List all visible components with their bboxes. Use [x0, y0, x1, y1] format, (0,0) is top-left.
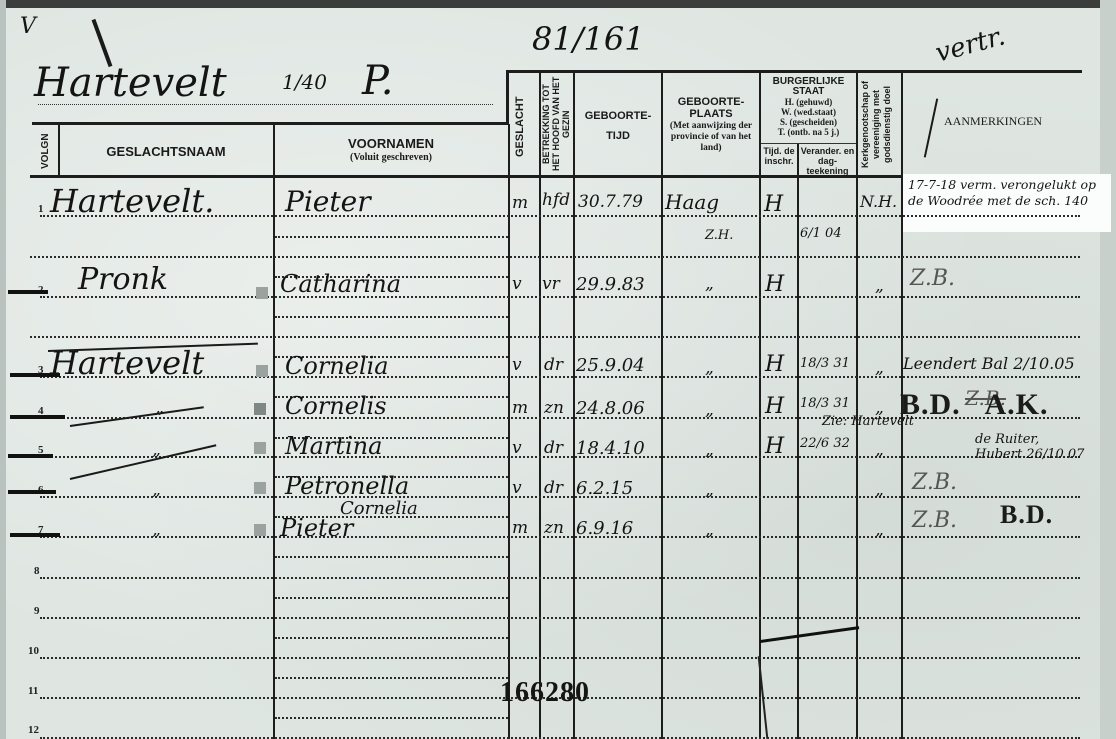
- row-7-aanmerkingen: Z.B.: [912, 508, 957, 533]
- row-sub-8b: [275, 597, 508, 599]
- row-line-10: [40, 657, 1080, 659]
- row-1-geslachtsnaam: Hartevelt.: [50, 182, 214, 220]
- row-2-geslacht: v: [512, 274, 522, 294]
- header-bs-h: H. (gehuwd): [761, 97, 856, 107]
- header-aanmerkingen: AANMERKINGEN: [928, 114, 1058, 129]
- row-5-verander: 22/6 32: [800, 436, 850, 451]
- row-5-geboortetijd: 18.4.10: [576, 438, 645, 459]
- header-geslacht: GESLACHT: [515, 92, 526, 162]
- row-sub-1a: [275, 236, 508, 238]
- row-4-geboortetijd: 24.8.06: [576, 398, 645, 419]
- row-6-geboortetijd: 6.2.15: [576, 478, 633, 499]
- row-4-geboorteplaats: „: [705, 400, 714, 420]
- header-betrekking: BETREKKING TOT HET HOOFD VAN HET GEZIN: [541, 76, 571, 172]
- row-2-betrekking: vr: [542, 274, 560, 294]
- row-3-geboorteplaats: „: [705, 358, 714, 378]
- header-geboorteplaats-2: PLAATS: [663, 108, 759, 120]
- header-bs-tijd: Tijd. de inschr.: [761, 146, 797, 166]
- row-1-voornamen: Pieter: [285, 185, 371, 218]
- departure-mark: [10, 533, 60, 537]
- row-1-geslacht: m: [512, 193, 528, 213]
- row-1-staat: H: [764, 192, 783, 217]
- header-geboortetijd-1: GEBOORTE-: [575, 110, 661, 122]
- row-6-marker-box: [254, 482, 266, 494]
- row-2-kerk: „: [875, 276, 884, 296]
- header-bs-s: S. (gescheiden): [761, 117, 856, 127]
- serial-number: 166280: [500, 677, 590, 709]
- row-number: 8: [34, 565, 40, 577]
- row-6-voornamen: Petronella: [285, 472, 409, 500]
- row-1-verander: 6/1 04: [800, 226, 842, 241]
- row-1-betrekking: hfd: [542, 190, 570, 210]
- header-geboortetijd-2: TIJD: [575, 130, 661, 142]
- heading-initial: P.: [362, 58, 394, 104]
- row-3-staat: H: [765, 352, 784, 377]
- row-6-geslachtsnaam: „: [152, 480, 161, 500]
- row-1-geboorteplaats: Haag: [665, 190, 719, 214]
- heading-dotted-line: [38, 104, 493, 105]
- col-divider-geslacht: [539, 72, 541, 739]
- departure-mark: [8, 490, 56, 494]
- row-5-geboorteplaats: „: [705, 440, 714, 460]
- row-4-geslacht: m: [512, 398, 528, 418]
- top-right-scrawl: vertr.: [932, 21, 1008, 68]
- scan-top-edge: [0, 0, 1116, 8]
- row-1-aanmerkingen: 17-7-18 verm. verongelukt op de Woodrée …: [908, 177, 1108, 209]
- row-2-geboorteplaats: „: [705, 274, 714, 294]
- row-5-marker-box: [254, 442, 266, 454]
- header-burgerlijke-staat-2: STAAT: [761, 86, 856, 97]
- row-7-geboortetijd: 6.9.16: [576, 518, 633, 539]
- header-geslachtsnaam: GESLACHTSNAAM: [60, 144, 272, 159]
- header-top-right: [506, 70, 1082, 73]
- header-top-left: [32, 122, 508, 125]
- row-3-verander: 18/3 31: [800, 356, 850, 371]
- row-number: 1: [38, 203, 44, 215]
- row-line-8: [40, 577, 1080, 579]
- row-6-betrekking: dr: [544, 478, 563, 498]
- row-number: 11: [28, 685, 38, 697]
- row-7-geslacht: m: [512, 518, 528, 538]
- row-4-voornamen: Cornelis: [285, 392, 387, 420]
- row-7-marker-box: [254, 524, 266, 536]
- scan-left-edge: [0, 0, 6, 739]
- col-divider-geboortetijd: [661, 72, 663, 739]
- row-4-betrekking: zn: [544, 398, 564, 418]
- scan-right-edge: [1100, 0, 1116, 739]
- row-number: 9: [34, 605, 40, 617]
- row-6-aanmerkingen: Z.B.: [912, 470, 957, 495]
- row-sub-2b: [275, 316, 508, 318]
- closing-pen-stroke: [760, 626, 859, 643]
- header-bs-w: W. (wed.staat): [761, 107, 856, 117]
- row-sub-11b: [275, 717, 508, 719]
- row-line-9: [40, 617, 1080, 619]
- row-3-kerk: „: [875, 358, 884, 378]
- row-4-kerk: „: [875, 398, 884, 418]
- row-7-stamp: B.D.: [1000, 500, 1053, 530]
- row-1-geboortetijd: 30.7.79: [578, 192, 643, 212]
- row-2-geslachtsnaam: Pronk: [78, 262, 168, 297]
- row-4-verander: 18/3 31: [800, 396, 850, 411]
- row-sub-9b: [275, 637, 508, 639]
- row-3-betrekking: dr: [544, 355, 563, 375]
- heading-fraction: 1/40: [282, 70, 327, 94]
- population-register-card: V Hartevelt 1/40 P. 81/161 vertr. VOLGN …: [0, 0, 1116, 739]
- row-3-marker-box: [256, 365, 268, 377]
- header-volgnummer: VOLGN: [40, 128, 51, 174]
- departure-mark: [10, 415, 65, 419]
- row-5-strikethrough: [70, 444, 217, 480]
- row-2-staat: H: [765, 272, 784, 297]
- header-bs-t: T. (ontb. na 5 j.): [761, 127, 856, 137]
- col-divider-verander: [856, 72, 858, 739]
- row-number: 12: [28, 724, 39, 736]
- row-4-marker-box: [254, 403, 266, 415]
- row-5-geslacht: v: [512, 438, 522, 458]
- row-3-geslacht: v: [512, 355, 522, 375]
- corner-mark: V: [20, 14, 36, 39]
- row-6-geslacht: v: [512, 478, 522, 498]
- row-7-kerk: „: [875, 520, 884, 540]
- row-5-staat: H: [765, 434, 784, 459]
- header-bs-verander: Verander. en dag-teekening: [799, 146, 856, 176]
- departure-mark: [8, 454, 53, 458]
- row-2-marker-box: [256, 287, 268, 299]
- row-2-voornamen: Catharina: [280, 270, 401, 298]
- header-geboorteplaats-sub: (Met aanwijzing der provincie of van het…: [664, 121, 758, 154]
- row-sub-10b: [275, 677, 508, 679]
- row-sub-7b: [275, 556, 508, 558]
- row-7-geslachtsnaam: „: [152, 520, 161, 540]
- row-6-kerk: „: [875, 480, 884, 500]
- departure-mark: [8, 290, 48, 294]
- heading-surname: Hartevelt: [34, 60, 227, 106]
- row-7-voornamen: Pieter: [280, 514, 353, 542]
- header-kerkgenootschap: Kerkgenootschap of vereeniging met godsd…: [860, 76, 898, 172]
- header-step: [506, 70, 509, 125]
- row-5-kerk: „: [875, 440, 884, 460]
- row-3-geboortetijd: 25.9.04: [576, 355, 645, 376]
- row-line-2b: [30, 336, 1080, 338]
- row-3-aanmerkingen: Leendert Bal 2/10.05: [903, 354, 1075, 373]
- row-line-1b: [30, 256, 1080, 258]
- file-reference: 81/161: [532, 20, 645, 58]
- row-4-stamp: B.D. A.K.: [900, 388, 1049, 422]
- header-geboorteplaats-1: GEBOORTE-: [663, 96, 759, 108]
- bs-subdivider: [761, 143, 856, 144]
- row-4-staat: H: [765, 394, 784, 419]
- row-4-geslachtsnaam: „: [155, 398, 164, 418]
- col-divider-betrekking: [573, 72, 575, 739]
- row-7-betrekking: zn: [544, 518, 564, 538]
- col-divider-tijd: [797, 143, 799, 739]
- row-5-aanmerkingen: de Ruiter, Hubert 26/10 07: [975, 432, 1090, 462]
- row-5-betrekking: dr: [544, 438, 563, 458]
- header-voornamen: VOORNAMEN: [275, 136, 507, 151]
- row-1-kerk: N.H.: [860, 192, 897, 211]
- row-5-voornamen: Martina: [285, 432, 382, 460]
- row-7-geboorteplaats: „: [705, 520, 714, 540]
- row-6-geboorteplaats: „: [705, 480, 714, 500]
- header-voornamen-sub: (Voluit geschreven): [275, 152, 507, 163]
- row-3-voornamen: Cornelia: [285, 352, 389, 380]
- row-1-geboorteplaats-sub: Z.H.: [705, 228, 733, 243]
- row-2-geboortetijd: 29.9.83: [576, 274, 645, 295]
- row-line-2: [40, 296, 1080, 298]
- row-2-aanmerkingen: Z.B.: [910, 266, 955, 291]
- row-number: 10: [28, 645, 39, 657]
